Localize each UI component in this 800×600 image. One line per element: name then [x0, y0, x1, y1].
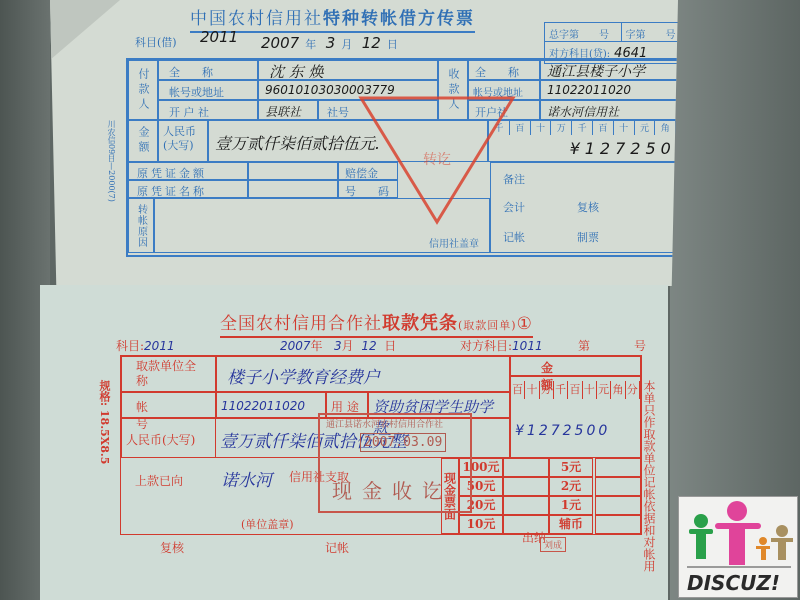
- payee-name-label: 全 称: [468, 60, 540, 80]
- slip-date: 2007年 3月 12 日: [280, 337, 396, 354]
- digit-header: 万: [551, 121, 572, 135]
- rmb-caps-label: 人民币(大写): [121, 418, 216, 458]
- payer-name-value: 沈 东 焕: [258, 60, 438, 80]
- form-code: 川农信09目—2000(7): [106, 120, 117, 202]
- unit-seal-label: (单位盖章): [241, 516, 294, 532]
- amount-group-label: 金额: [128, 120, 158, 162]
- stamp-date: 2007.03.09: [360, 433, 446, 452]
- payee-account-value: 11022011020: [540, 80, 698, 100]
- denomination-label: 5元: [549, 458, 593, 477]
- orig-amount-label: 原凭证金额: [128, 162, 248, 180]
- amount-digits-value: ¥1272500: [570, 139, 691, 158]
- transfer-stamp-triangle-icon: 转讫: [357, 94, 517, 226]
- denomination-label: 1元: [549, 496, 593, 515]
- account-value: 11022011020: [216, 392, 326, 418]
- rmb-caps-label: 人民币 (大写): [158, 120, 208, 162]
- payer-name-label: 全 称: [158, 60, 258, 80]
- subject: 科目:2011: [116, 337, 175, 354]
- number-label: 第: [578, 337, 590, 354]
- amount-digits-box: 百十万千百十元角分 ¥1272500: [510, 376, 641, 458]
- orig-name-value: [248, 180, 338, 198]
- denomination-count: [503, 496, 549, 515]
- payee-label: 上款已向: [135, 472, 183, 489]
- digit-header: 十: [531, 121, 552, 135]
- digit-header: 千: [572, 121, 593, 135]
- transfer-debit-voucher: 中国农村信用社特种转帐借方传票 科目(借) 2011 2007年 3月 12日 …: [50, 0, 678, 286]
- digit-header: 分: [626, 381, 640, 399]
- denomination-count: [503, 477, 549, 496]
- cashier-stamp: 刘成: [540, 537, 566, 552]
- digit-header: 万: [540, 381, 554, 399]
- svg-text:转讫: 转讫: [423, 152, 451, 168]
- payee-branch-value: 诺水河信用社: [540, 100, 698, 120]
- digit-header: 百: [568, 381, 582, 399]
- orig-amount-value: [248, 162, 338, 180]
- digit-header: 千: [554, 381, 568, 399]
- remarks-box: 备注 会计 复核 记帐 制票: [490, 162, 698, 253]
- reviewer-label: 复核: [160, 539, 184, 556]
- amount-header: 金 额: [510, 356, 641, 376]
- subject-value: 2011: [200, 28, 238, 46]
- people-icon: [679, 497, 797, 569]
- digit-header: 角: [611, 381, 625, 399]
- denomination-grid: 100元5元50元2元20元1元10元辅币: [459, 458, 641, 534]
- number-suffix: 号: [634, 337, 646, 354]
- payer-branch-label: 开 户 社: [158, 100, 258, 120]
- cash-received-stamp: 通江县诺水河农村信用合作社 2007.03.09 现金收讫: [318, 413, 472, 513]
- total-number-label: 总字第 号: [545, 23, 622, 41]
- voucher-date: 2007年 3月 12日: [255, 34, 398, 52]
- bookkeeper-label: 记帐: [325, 539, 349, 556]
- account-label: 帐 号: [121, 392, 216, 418]
- digit-header: 十: [583, 381, 597, 399]
- counter-subject: 对方科目:1011: [460, 337, 543, 354]
- payee-value: 诺水河: [221, 466, 272, 491]
- seal-label: 信用社盖章: [429, 235, 479, 250]
- payer-account-label: 帐号或地址: [158, 80, 258, 100]
- subject-label: 科目(借): [135, 34, 177, 50]
- amount-digits-box: 千百十万千百十元角分 ¥1272500: [488, 120, 698, 162]
- digit-header: 百: [511, 381, 525, 399]
- unit-value: 楼子小学教育经费户: [216, 356, 510, 392]
- denomination-count: [595, 496, 641, 515]
- denomination-count: [595, 515, 641, 534]
- unit-label: 取款单位全 称: [121, 356, 216, 392]
- right-note: 本单只作取款单位记帐依据和对帐用: [641, 380, 657, 572]
- spec-label: 规格: 18.5X8.5: [96, 380, 112, 464]
- withdrawal-slip: 全国农村信用合作社取款凭条(取款回单)① 科目:2011 2007年 3月 12…: [40, 285, 668, 600]
- slip-title: 全国农村信用合作社取款凭条(取款回单)①: [220, 309, 533, 338]
- denomination-label: 10元: [459, 515, 503, 534]
- digit-header: 百: [593, 121, 614, 135]
- digit-headers: 百十万千百十元角分: [511, 381, 640, 399]
- payer-branch-value: 县联社: [258, 100, 318, 120]
- denomination-label: 2元: [549, 477, 593, 496]
- denomination-count: [503, 458, 549, 477]
- torn-corner: [50, 0, 120, 60]
- denomination-count: [595, 477, 641, 496]
- amount-digits-value: ¥1272500: [515, 423, 610, 439]
- digit-header: 元: [597, 381, 611, 399]
- discuz-logo: DISCUZ!: [678, 496, 798, 598]
- digit-headers: 千百十万千百十元角分: [489, 121, 697, 135]
- transfer-reason-label: 转帐原因: [128, 198, 154, 253]
- stamp-text: 现金收讫: [332, 475, 452, 504]
- logo-text: DISCUZ!: [687, 571, 780, 595]
- payee-name-value: 通江县楼子小学: [540, 60, 698, 80]
- digit-header: 十: [525, 381, 539, 399]
- orig-name-label: 原凭证名称: [128, 180, 248, 198]
- denomination-count: [595, 458, 641, 477]
- payer-group-label: 付款人: [128, 60, 158, 120]
- digit-header: 元: [635, 121, 656, 135]
- denomination-label: 辅币: [549, 515, 593, 534]
- digit-header: 十: [614, 121, 635, 135]
- digit-header: 角: [655, 121, 676, 135]
